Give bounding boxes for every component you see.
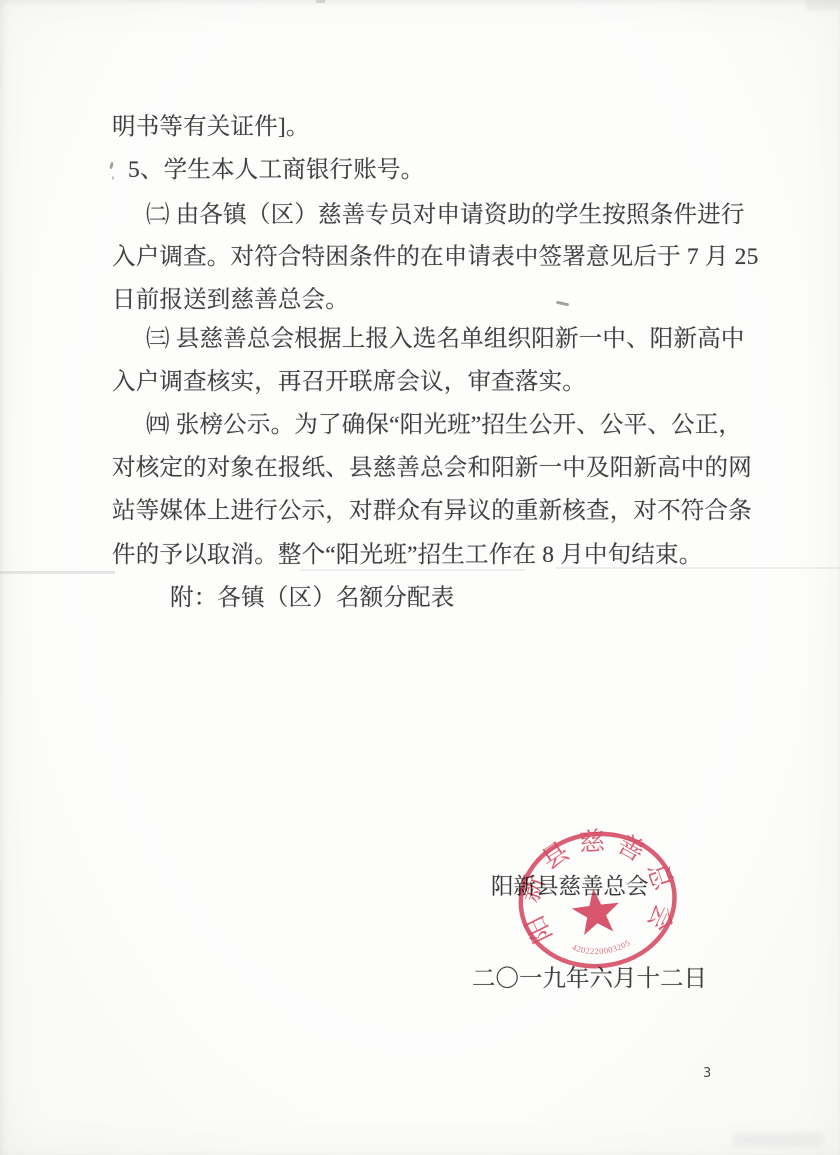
scan-artifact xyxy=(300,569,525,571)
text-line-6: ㈢ 县慈善总会根据上报入选名单组织阳新一中、阳新高中 xyxy=(146,319,745,353)
seal-svg: 阳新县慈善总会 4202220003205 xyxy=(508,820,689,987)
text-line-7: 入户调查核实，再召开联席会议，审查落实。 xyxy=(112,362,586,396)
seal-star-icon xyxy=(570,886,623,937)
scan-artifact xyxy=(806,0,840,10)
scan-artifact xyxy=(556,301,569,307)
seal-serial-number: 4202220003205 xyxy=(570,935,633,960)
svg-text:阳新县慈善总会: 阳新县慈善总会 xyxy=(508,820,687,962)
scan-artifact xyxy=(0,571,115,574)
scan-artifact xyxy=(316,0,325,3)
attachment-line: 附：各镇（区）名额分配表 xyxy=(170,578,454,612)
text-line-8: ㈣ 张榜公示。为了确保“阳光班”招生公开、公平、公正， xyxy=(146,405,742,439)
text-line-10: 站等媒体上进行公示，对群众有异议的重新核查，对不符合条 xyxy=(112,491,752,525)
scan-artifact xyxy=(112,176,114,180)
text-line-1: 明书等有关证件]。 xyxy=(112,107,310,141)
page-number: 3 xyxy=(703,1066,711,1081)
scan-artifact xyxy=(109,162,114,170)
seal-ring-text: 阳新县慈善总会 xyxy=(508,820,687,962)
text-line-4: 入户调查。对符合特困条件的在申请表中签署意见后于 7 月 25 xyxy=(112,237,759,271)
scanned-document-page: 明书等有关证件]。 5、学生本人工商银行账号。 ㈡ 由各镇（区）慈善专员对申请资… xyxy=(0,0,840,1155)
svg-text:4202220003205: 4202220003205 xyxy=(570,935,633,960)
text-line-5: 日前报送到慈善总会。 xyxy=(112,280,349,314)
text-line-2: 5、学生本人工商银行账号。 xyxy=(128,150,424,184)
scan-artifact xyxy=(733,1133,823,1147)
text-line-3: ㈡ 由各镇（区）慈善专员对申请资助的学生按照条件进行 xyxy=(146,195,745,229)
text-line-9: 对核定的对象在报纸、县慈善总会和阳新一中及阳新高中的网 xyxy=(112,448,752,482)
text-line-11: 件的予以取消。整个“阳光班”招生工作在 8 月中旬结束。 xyxy=(112,535,702,569)
official-seal-stamp: 阳新县慈善总会 4202220003205 xyxy=(508,820,689,987)
